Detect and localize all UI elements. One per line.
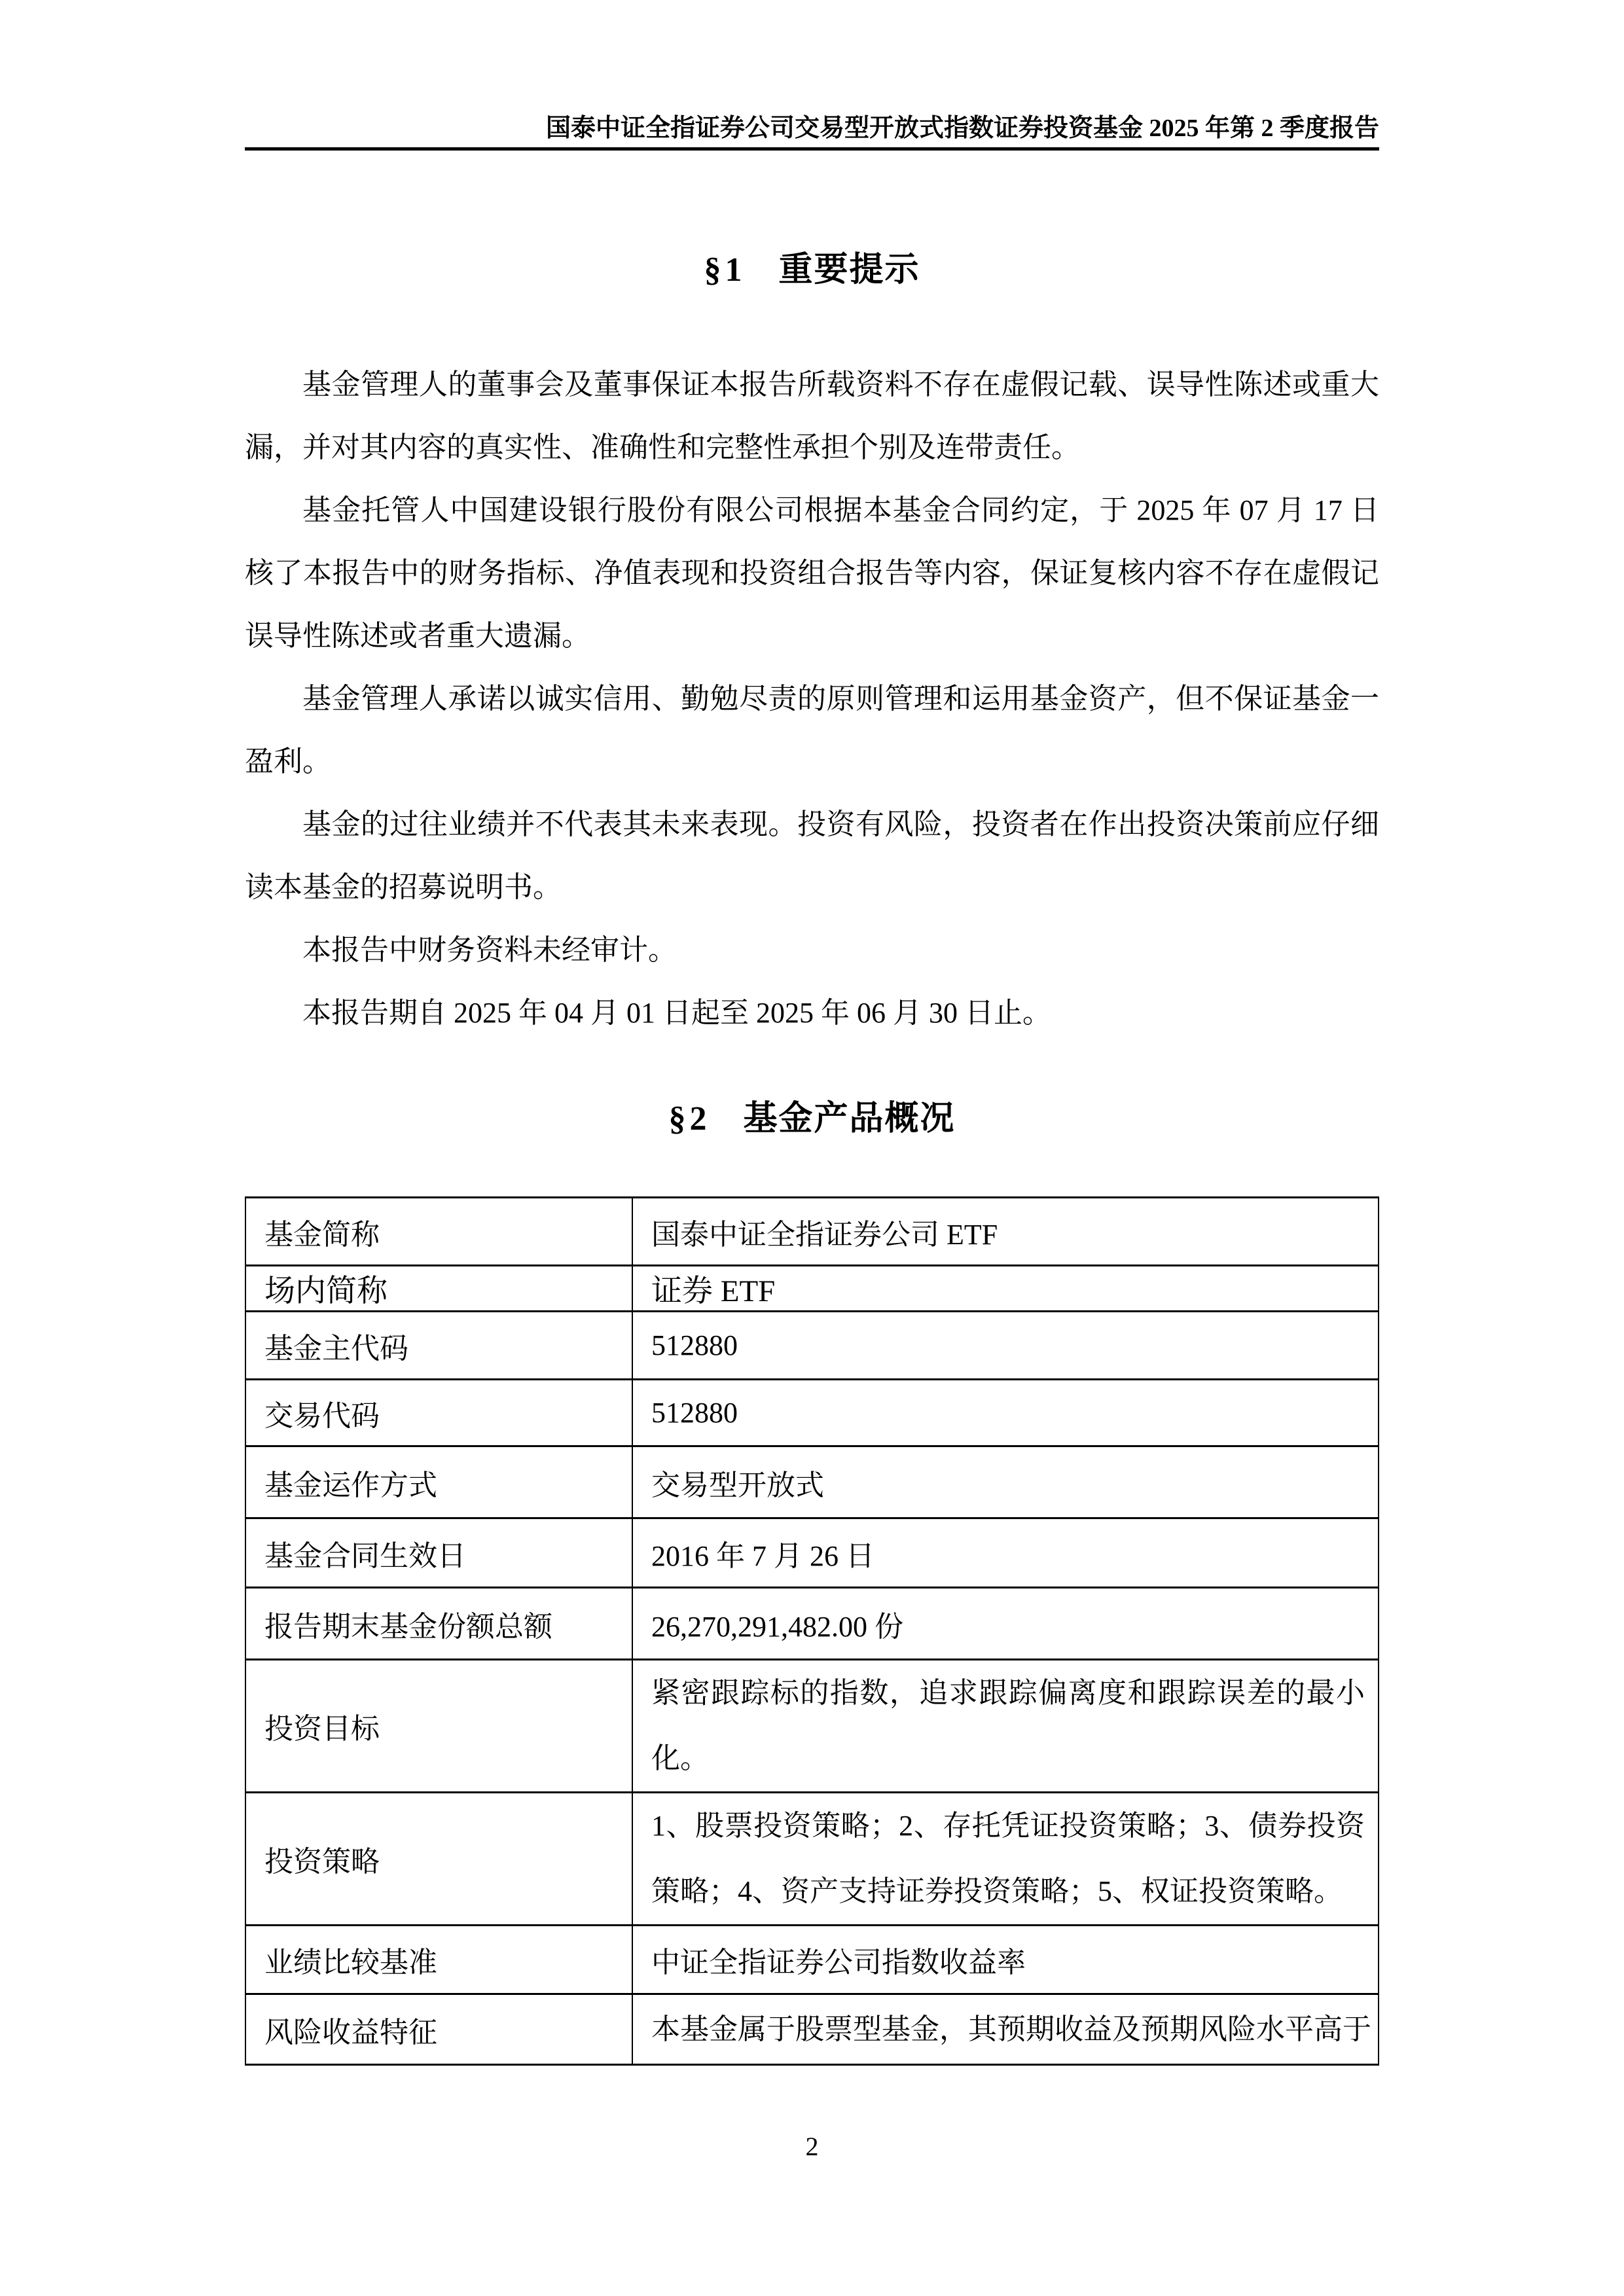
row-value: 512880 xyxy=(632,1380,1379,1446)
value-line: 1、股票投资策略；2、存托凭证投资策略；3、债券投资 xyxy=(651,1793,1365,1859)
section-1-heading: §1重要提示 xyxy=(245,252,1379,289)
table-row: 场内简称 证券 ETF xyxy=(245,1266,1379,1312)
table-row: 基金简称 国泰中证全指证券公司 ETF xyxy=(245,1198,1379,1266)
row-value: 中证全指证券公司指数收益率 xyxy=(632,1926,1379,1994)
row-label: 交易代码 xyxy=(245,1380,632,1446)
section-2-heading: §2基金产品概况 xyxy=(245,1101,1379,1138)
report-page: 国泰中证全指证券公司交易型开放式指数证券投资基金 2025 年第 2 季度报告 … xyxy=(0,0,1624,2296)
row-value: 国泰中证全指证券公司 ETF xyxy=(632,1198,1379,1266)
paragraph-line: 基金的过往业绩并不代表其未来表现。投资有风险，投资者在作出投资决策前应仔细阅 xyxy=(245,793,1379,856)
paragraph-line: 本报告中财务资料未经审计。 xyxy=(245,919,1379,982)
paragraph-line: 误导性陈述或者重大遗漏。 xyxy=(245,605,1379,668)
paragraph-line: 本报告期自 2025 年 04 月 01 日起至 2025 年 06 月 30 … xyxy=(245,982,1379,1045)
paragraph-line: 漏，并对其内容的真实性、准确性和完整性承担个别及连带责任。 xyxy=(245,416,1379,479)
paragraph-line: 读本基金的招募说明书。 xyxy=(245,856,1379,919)
value-line: 策略；4、资产支持证券投资策略；5、权证投资策略。 xyxy=(651,1859,1365,1924)
paragraph-line: 基金管理人的董事会及董事保证本报告所载资料不存在虚假记载、误导性陈述或重大遗 xyxy=(245,353,1379,416)
table-row: 投资策略 1、股票投资策略；2、存托凭证投资策略；3、债券投资 策略；4、资产支… xyxy=(245,1793,1379,1926)
value-line: 本基金属于股票型基金，其预期收益及预期风险水平高于 xyxy=(651,1997,1365,2062)
paragraph-line: 基金管理人承诺以诚实信用、勤勉尽责的原则管理和运用基金资产，但不保证基金一定 xyxy=(245,668,1379,730)
row-label: 风险收益特征 xyxy=(245,1994,632,2065)
page-number: 2 xyxy=(245,2132,1379,2161)
table-row: 业绩比较基准 中证全指证券公司指数收益率 xyxy=(245,1926,1379,1994)
row-label: 投资目标 xyxy=(245,1660,632,1793)
section-1-title: 重要提示 xyxy=(778,251,920,289)
row-value: 26,270,291,482.00 份 xyxy=(632,1588,1379,1660)
table-row: 风险收益特征 本基金属于股票型基金，其预期收益及预期风险水平高于 xyxy=(245,1994,1379,2065)
table-row: 报告期末基金份额总额 26,270,291,482.00 份 xyxy=(245,1588,1379,1660)
table-row: 基金运作方式 交易型开放式 xyxy=(245,1446,1379,1518)
paragraph-line: 基金托管人中国建设银行股份有限公司根据本基金合同约定，于 2025 年 07 月… xyxy=(245,479,1379,542)
section-2-title: 基金产品概况 xyxy=(743,1100,955,1138)
paragraph-line: 核了本报告中的财务指标、净值表现和投资组合报告等内容，保证复核内容不存在虚假记载… xyxy=(245,542,1379,605)
table-row: 基金合同生效日 2016 年 7 月 26 日 xyxy=(245,1518,1379,1588)
value-line: 化。 xyxy=(651,1726,1365,1791)
value-line: 紧密跟踪标的指数，追求跟踪偏离度和跟踪误差的最小 xyxy=(651,1660,1365,1726)
section-2-marker: §2 xyxy=(668,1100,710,1138)
row-value: 512880 xyxy=(632,1312,1379,1380)
row-value: 1、股票投资策略；2、存托凭证投资策略；3、债券投资 策略；4、资产支持证券投资… xyxy=(632,1793,1379,1926)
row-label: 业绩比较基准 xyxy=(245,1926,632,1994)
row-value: 交易型开放式 xyxy=(632,1446,1379,1518)
row-label: 投资策略 xyxy=(245,1793,632,1926)
row-label: 基金简称 xyxy=(245,1198,632,1266)
row-label: 场内简称 xyxy=(245,1266,632,1312)
important-notice-body: 基金管理人的董事会及董事保证本报告所载资料不存在虚假记载、误导性陈述或重大遗 漏… xyxy=(245,353,1379,1045)
section-1-marker: §1 xyxy=(704,251,746,289)
table-row: 基金主代码 512880 xyxy=(245,1312,1379,1380)
row-label: 基金合同生效日 xyxy=(245,1518,632,1588)
row-label: 基金运作方式 xyxy=(245,1446,632,1518)
row-value: 紧密跟踪标的指数，追求跟踪偏离度和跟踪误差的最小 化。 xyxy=(632,1660,1379,1793)
header-divider xyxy=(245,147,1379,151)
table-row: 交易代码 512880 xyxy=(245,1380,1379,1446)
paragraph-line: 盈利。 xyxy=(245,730,1379,793)
row-label: 报告期末基金份额总额 xyxy=(245,1588,632,1660)
row-value: 本基金属于股票型基金，其预期收益及预期风险水平高于 xyxy=(632,1994,1379,2065)
row-label: 基金主代码 xyxy=(245,1312,632,1380)
document-header-title: 国泰中证全指证券公司交易型开放式指数证券投资基金 2025 年第 2 季度报告 xyxy=(245,113,1379,144)
table-row: 投资目标 紧密跟踪标的指数，追求跟踪偏离度和跟踪误差的最小 化。 xyxy=(245,1660,1379,1793)
row-value: 2016 年 7 月 26 日 xyxy=(632,1518,1379,1588)
row-value: 证券 ETF xyxy=(632,1266,1379,1312)
fund-overview-table: 基金简称 国泰中证全指证券公司 ETF 场内简称 证券 ETF 基金主代码 51… xyxy=(245,1196,1379,2066)
